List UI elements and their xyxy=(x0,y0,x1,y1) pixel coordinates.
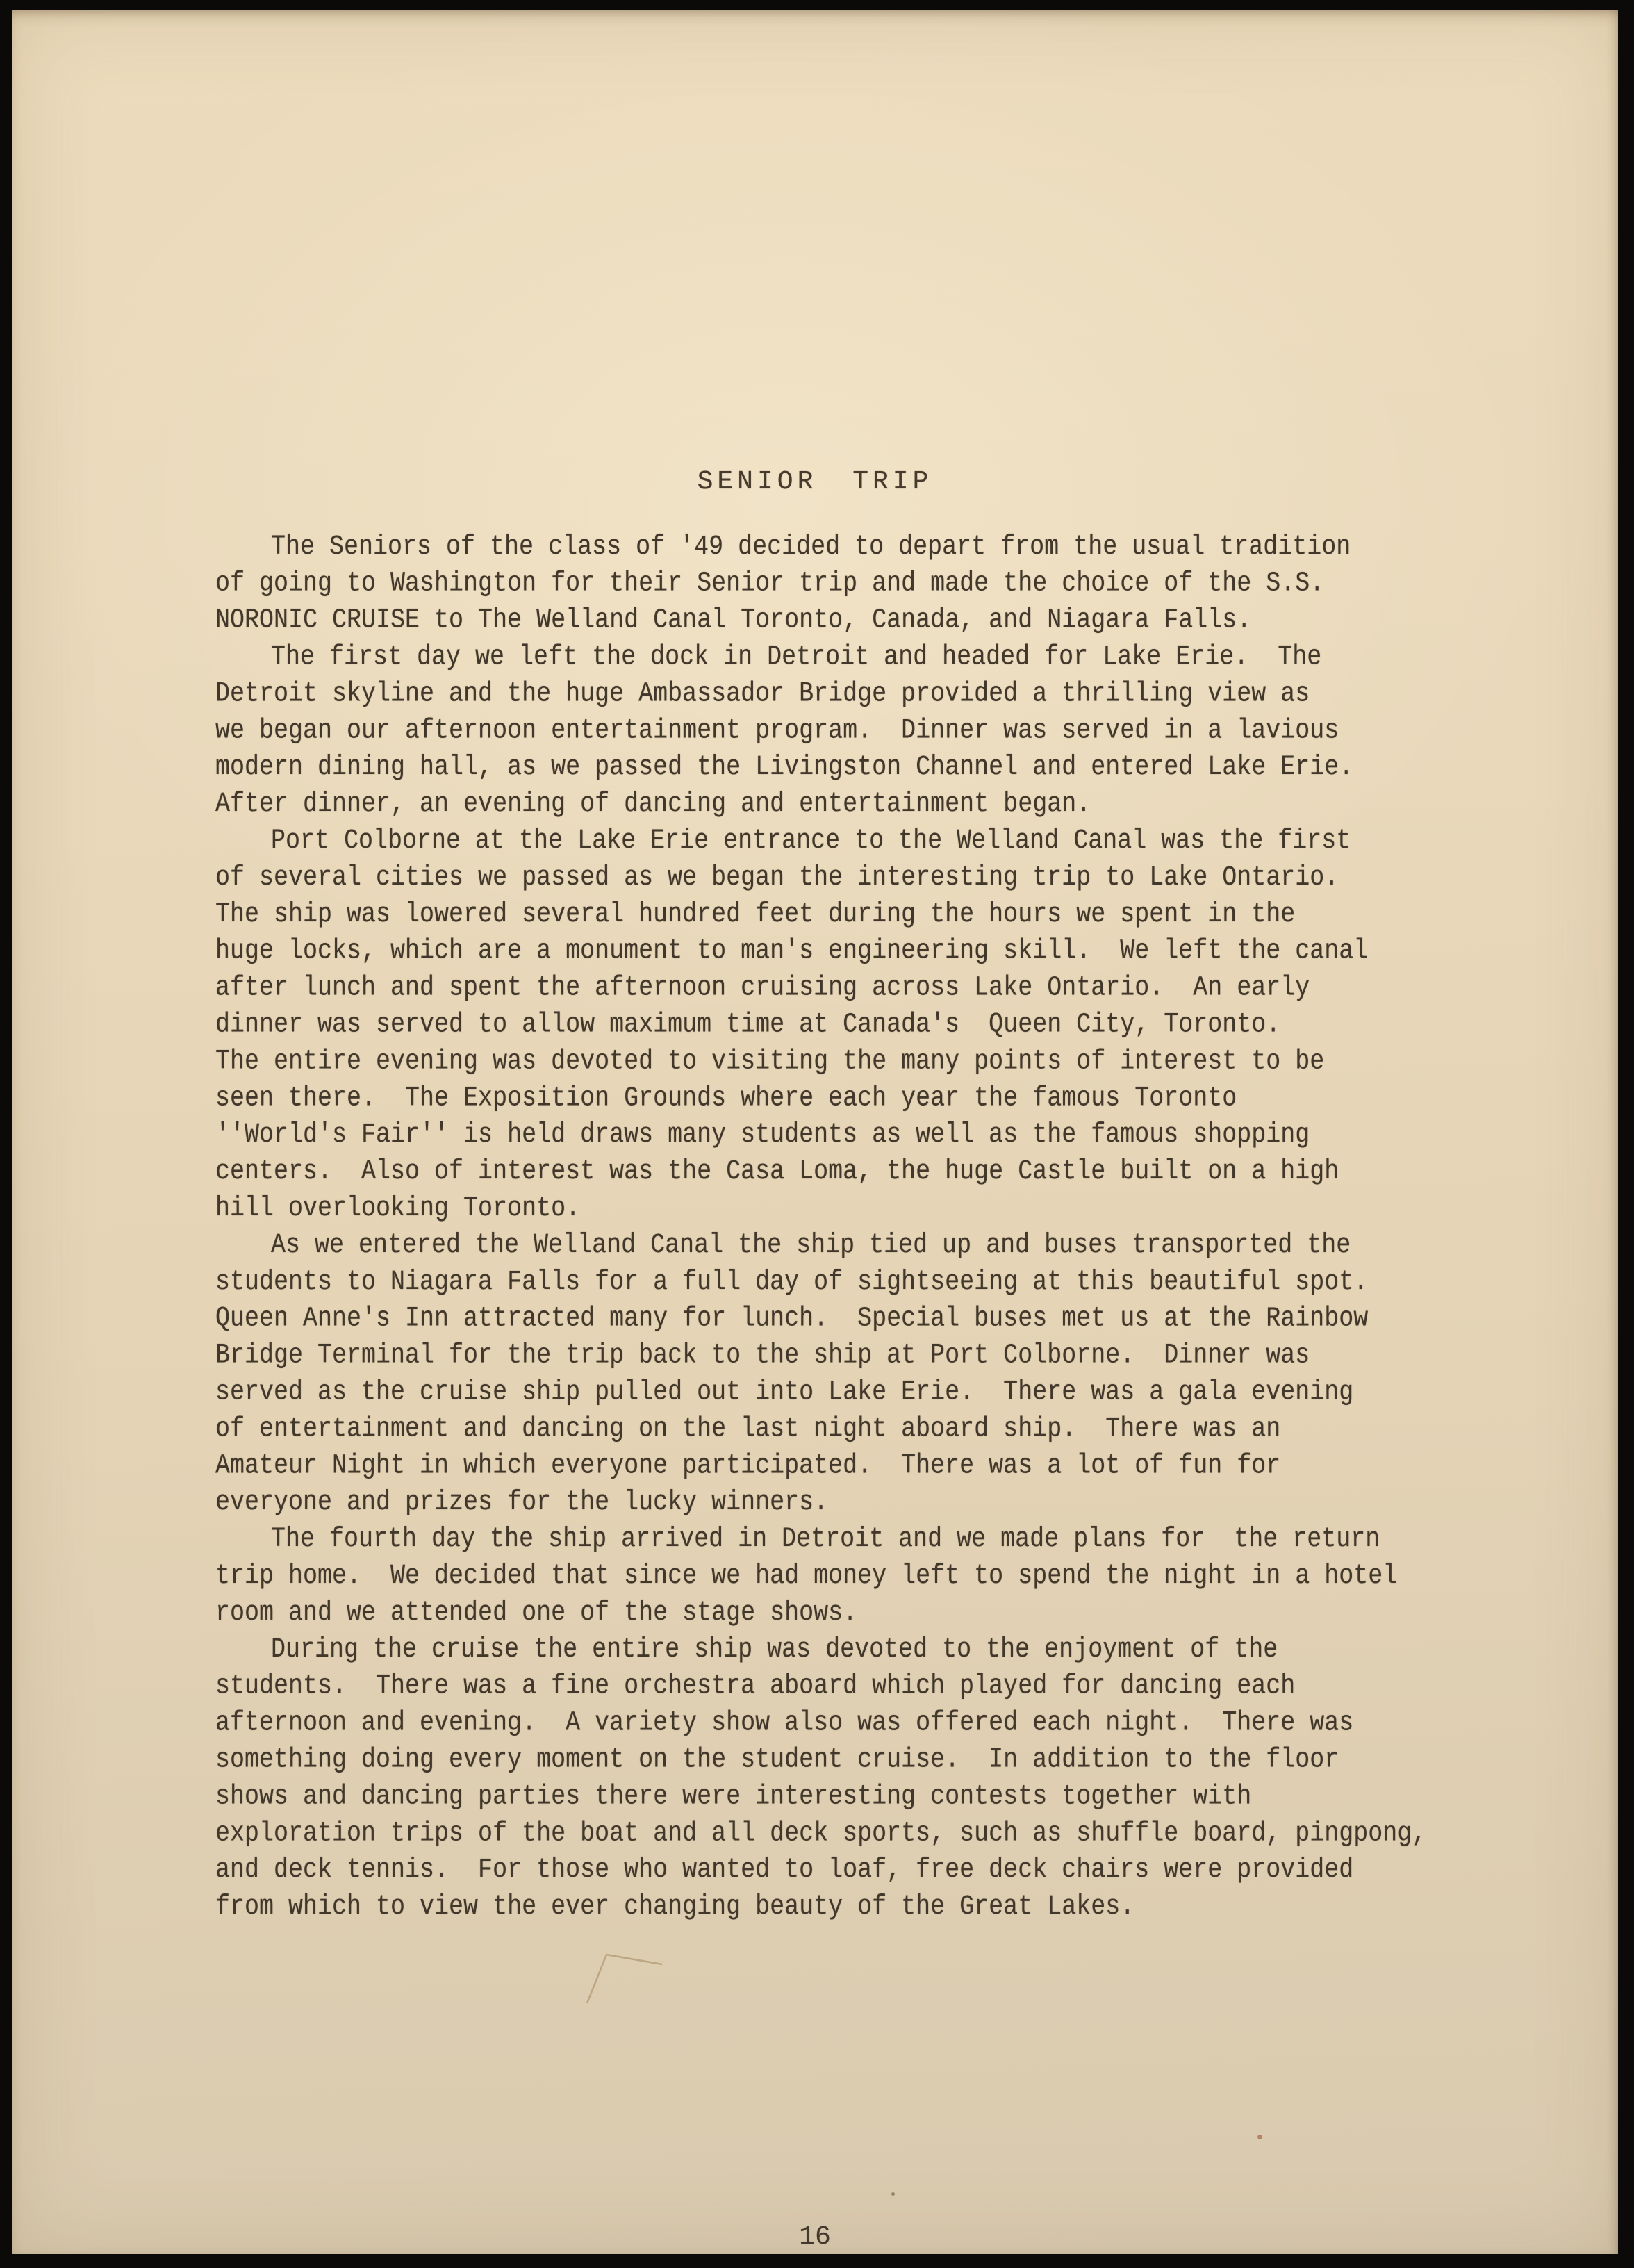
page-number: 16 xyxy=(12,2222,1618,2252)
paper-sheet: SENIOR TRIP The Seniors of the class of … xyxy=(12,10,1618,2254)
paragraph-2: The first day we left the dock in Detroi… xyxy=(215,639,1444,822)
paragraph-4: As we entered the Welland Canal the ship… xyxy=(215,1226,1444,1520)
paragraph-6: During the cruise the entire ship was de… xyxy=(215,1631,1444,1925)
paragraph-1: The Seniors of the class of '49 decided … xyxy=(215,528,1444,639)
paper-speck xyxy=(891,2192,895,2196)
paper-speck xyxy=(1257,2135,1262,2139)
paragraph-3: Port Colborne at the Lake Erie entrance … xyxy=(215,822,1444,1226)
document-body: The Seniors of the class of '49 decided … xyxy=(215,528,1444,1925)
scanned-page: SENIOR TRIP The Seniors of the class of … xyxy=(0,0,1634,2268)
paragraph-5: The fourth day the ship arrived in Detro… xyxy=(215,1520,1444,1631)
page-title: SENIOR TRIP xyxy=(12,467,1618,497)
